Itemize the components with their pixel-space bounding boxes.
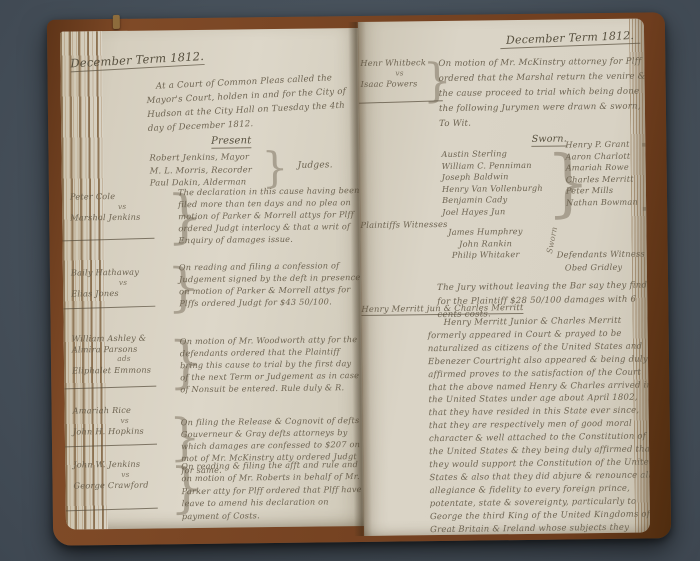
juror-name: Henry P. Grant [565, 139, 637, 151]
book-clasp [113, 15, 120, 29]
versus-label: ads [72, 353, 176, 365]
left-page: December Term 1812. At a Court of Common… [60, 28, 364, 530]
party-defendant: Eliphalet Emmons [72, 364, 176, 376]
case-parties: Peter Cole vs Marshal Jenkins [70, 190, 174, 223]
entry-body: The declaration in this cause having bee… [178, 184, 361, 246]
case-parties: Amariah Rice vs John H. Hopkins [73, 404, 177, 437]
naturalization-paragraph: Henry Merritt Junior & Charles Merritt f… [427, 314, 650, 536]
entry-body: On reading & filing the afft and rule an… [181, 458, 364, 522]
juror-name: Nathan Bowman [566, 197, 638, 209]
versus-label: vs [73, 415, 177, 427]
entry-body: On motion of Mr. Woodworth atty for the … [180, 333, 363, 395]
judges-list: Robert Jenkins, Mayor M. L. Morris, Reco… [149, 150, 252, 189]
naturalization-heading: Henry Merritt jun & Charles Merritt [361, 302, 523, 316]
party-defendant: George Crawford [73, 479, 177, 491]
versus-label: vs [73, 469, 177, 481]
party-defendant: John H. Hopkins [73, 425, 177, 437]
juror-name: Aaron Charlott [565, 150, 637, 162]
juror-name: Joel Hayes Jun [442, 206, 543, 219]
case-parties: Baily Hathaway vs Elias Jones [71, 266, 175, 299]
defendants-witness-label: Defendants Witness [557, 249, 645, 260]
case-parties: William Ashley & Almira Parsons ads Elip… [72, 332, 177, 375]
jurors-column-2: Henry P. Grant Aaron Charlott Amariah Ro… [565, 139, 638, 209]
case-parties: John W. Jenkins vs George Crawford [73, 458, 177, 491]
party-plaintiff: William Ashley & Almira Parsons [72, 332, 176, 354]
juror-name: Peter Mills [566, 185, 638, 197]
right-opening-paragraph: On motion of Mr. McKinstry attorney for … [438, 54, 650, 132]
judge-name: Robert Jenkins, Mayor [149, 150, 252, 164]
versus-label: vs [70, 201, 174, 213]
defendant-witness-name: Obed Gridley [565, 262, 623, 273]
juror-name: Amariah Rowe [566, 162, 638, 174]
photo-background: December Term 1812. At a Court of Common… [0, 0, 700, 561]
juror-name: William C. Penniman [442, 159, 543, 172]
plaintiff-witness-list: James Humphrey John Rankin Philip Whitak… [430, 226, 540, 262]
juror-name: Charles Merritt [566, 173, 638, 185]
manuscript-book: December Term 1812. At a Court of Common… [47, 12, 671, 546]
versus-label: vs [360, 68, 438, 79]
juror-name: Henry Van Vollenburgh [442, 183, 543, 196]
margin-divider [359, 100, 443, 103]
versus-label: vs [71, 277, 175, 289]
party-defendant: Marshal Jenkins [70, 211, 174, 223]
party-defendant: Isaac Powers [361, 78, 439, 89]
opening-paragraph: At a Court of Common Pleas called the Ma… [146, 71, 348, 136]
judges-label: Judges. [298, 160, 333, 170]
term-header-right: December Term 1812. [500, 29, 640, 49]
jurors-column-1: Austin Sterling William C. Penniman Jose… [441, 148, 543, 219]
witness-name: Philip Whitaker [431, 249, 541, 262]
right-page: December Term 1812. Henr Whitbeck vs Isa… [358, 19, 650, 536]
party-defendant: Elias Jones [71, 287, 175, 299]
case-caption-right: Henr Whitbeck vs Isaac Powers [360, 57, 438, 89]
present-heading: Present [156, 135, 306, 148]
entry-body: On reading and filing a confession of Ju… [179, 259, 362, 309]
